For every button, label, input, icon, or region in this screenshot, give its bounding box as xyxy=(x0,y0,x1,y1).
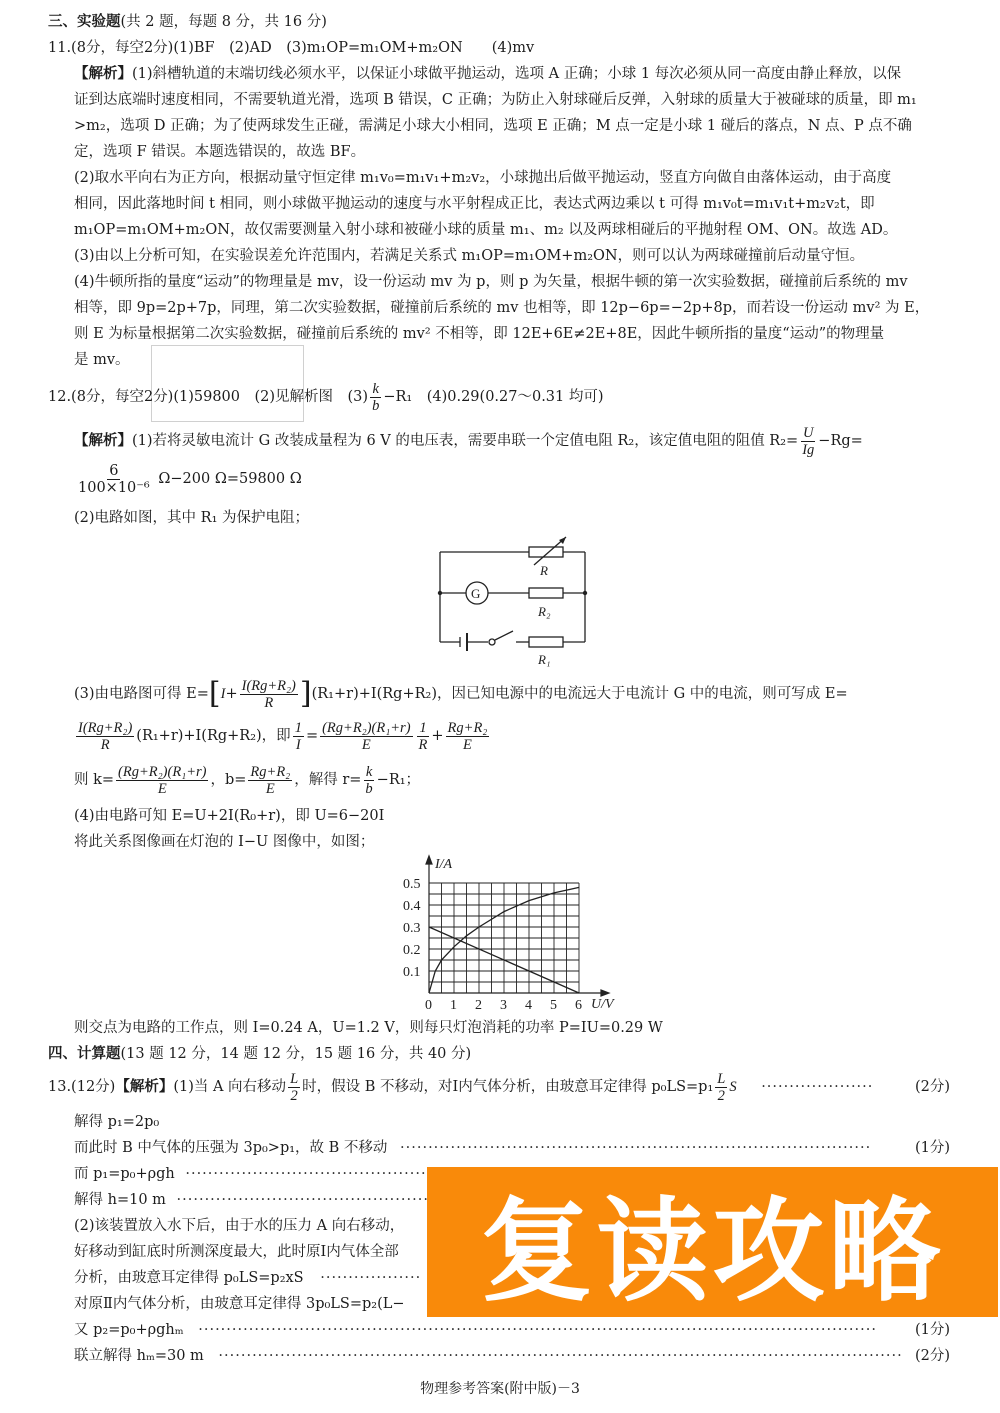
svg-text:2: 2 xyxy=(475,998,482,1012)
numerator: U xyxy=(801,425,815,442)
svg-text:1: 1 xyxy=(450,998,457,1012)
denominator: I xyxy=(294,737,303,753)
label-R1: R₁ xyxy=(537,652,550,667)
q12-a4-line-1: (4)由电路可知 E=U+2I(R₀+r)，即 U=6−20I xyxy=(74,806,384,826)
fraction: L2 xyxy=(715,1071,727,1104)
leader-dots: ········································… xyxy=(177,1190,437,1210)
numerator: L xyxy=(715,1071,727,1088)
denominator: R xyxy=(262,695,275,711)
fraction: kb xyxy=(363,764,374,797)
q11-analysis-line-2: 证到达底端时速度相同，不需要轨道光滑，选项 B 错误，C 正确；为防止入射球碰后… xyxy=(74,90,917,110)
score: (1分) xyxy=(915,1320,950,1340)
q11-p2-line-1: (2)取水平向右为正方向，根据动量守恒定律 m₁v₀=m₁v₁+m₂v₂，小球抛… xyxy=(74,168,891,188)
denominator: Ig xyxy=(800,442,816,458)
text: (1)当 A 向右移动 xyxy=(173,1079,286,1095)
circuit-diagram: G R R₂ R₁ xyxy=(430,535,600,670)
x-axis-label: U/V xyxy=(591,997,615,1012)
q12-header: 12.(8分，每空2分)(1)59800 (2)见解析图 (3)kb−R₁ (4… xyxy=(48,380,604,414)
leader-dots: ·································· xyxy=(761,1070,871,1104)
text: 解得 h=10 m xyxy=(74,1192,166,1208)
bracket-open: [ xyxy=(209,676,221,711)
q11-p4-line-2: 相等，即 9p=2p+7p，同理，第二次实验数据，碰撞前后系统的 mv 也相等，… xyxy=(74,298,929,318)
text: −R₁； xyxy=(377,772,420,788)
denominator: E xyxy=(360,737,373,753)
q11-p3: (3)由以上分析可知，在实验误差允许范围内，若满足关系式 m₁OP=m₁OM+m… xyxy=(74,246,864,266)
section-4-heading: 四、计算题(13 题 12 分，14 题 12 分，15 题 16 分，共 40… xyxy=(48,1044,471,1064)
svg-text:3: 3 xyxy=(500,998,507,1012)
leader-dots: ········································… xyxy=(185,1164,445,1184)
text: S xyxy=(729,1079,736,1095)
denominator: 2 xyxy=(716,1088,727,1104)
numerator: k xyxy=(370,381,380,398)
q12-a3-line-3: 则 k=(Rg+R₂)(R₁+r)E，b=Rg+R₂E，解得 r=kb−R₁； xyxy=(74,762,420,798)
denominator: b xyxy=(363,781,374,797)
q11-p4-line-4: 是 mv。 xyxy=(74,350,130,370)
numerator: k xyxy=(364,764,374,781)
denominator: E xyxy=(156,781,169,797)
numerator: I(Rg+R₂) xyxy=(240,678,298,695)
q12-a2: (2)电路如图，其中 R₁ 为保护电阻； xyxy=(74,508,309,528)
q12-a4-line-3: 则交点为电路的工作点，则 I=0.24 A，U=1.2 V，则每只灯泡消耗的功率… xyxy=(74,1018,663,1038)
numerator: I(Rg+R₂) xyxy=(76,720,134,737)
section-title: 四、计算题 xyxy=(48,1045,121,1062)
q13-line-2: 解得 p₁=2p₀ xyxy=(74,1112,159,1132)
svg-text:0.3: 0.3 xyxy=(403,921,421,936)
text: ，解得 r= xyxy=(294,772,361,788)
text: 则 k= xyxy=(74,772,114,788)
text: (1)若将灵敏电流计 G 改装成量程为 6 V 的电压表，需要串联一个定值电阻 … xyxy=(132,433,798,449)
fraction: Rg+R₂E xyxy=(446,720,490,753)
denominator: 100×10⁻⁶ xyxy=(76,480,152,496)
text: 又 p₂=p₀+ρghₘ xyxy=(74,1322,184,1338)
q11-analysis-line-3: >m₂，选项 D 正确；为了使两球发生正碰，需满足小球大小相同，选项 E 正确；… xyxy=(74,116,912,136)
text: 而此时 B 中气体的压强为 3p₀>p₁，故 B 不移动 xyxy=(74,1140,387,1156)
q11-p4-line-3: 则 E 为标量根据第二次实验数据，碰撞前后系统的 mv² 不相等，即 12E+6… xyxy=(74,324,884,344)
label-R2: R₂ xyxy=(537,604,551,619)
leader-dots: ········································… xyxy=(218,1346,903,1366)
fraction: (Rg+R₂)(R₁+r)E xyxy=(320,720,412,753)
numerator: 6 xyxy=(107,463,120,480)
text: ，b= xyxy=(210,772,246,788)
q12-a4-line-2: 将此关系图像画在灯泡的 I−U 图像中，如图； xyxy=(74,832,374,852)
leader-dots: ········································… xyxy=(198,1320,878,1340)
q13-line-8: 分析，由玻意耳定律得 p₀LS=p₂xS ···················… xyxy=(74,1268,420,1288)
denominator: E xyxy=(461,737,474,753)
watermark-text: 复读攻略 xyxy=(481,1162,945,1323)
q12-a1-line: 【解析】(1)若将灵敏电流计 G 改装成量程为 6 V 的电压表，需要串联一个定… xyxy=(74,424,863,458)
section-note: (共 2 题，每题 8 分，共 16 分) xyxy=(121,14,327,30)
numerator: Rg+R₂ xyxy=(248,764,292,781)
denominator: R xyxy=(99,737,112,753)
q13-line-11: 联立解得 hₘ=30 m ···························… xyxy=(74,1346,903,1366)
score: (2分) xyxy=(915,1077,950,1097)
numerator: Rg+R₂ xyxy=(446,720,490,737)
leader-dots: ········································… xyxy=(400,1138,870,1158)
denominator: 2 xyxy=(288,1088,299,1104)
section-3-heading: 三、实验题(共 2 题，每题 8 分，共 16 分) xyxy=(48,12,327,32)
svg-text:6: 6 xyxy=(575,998,582,1012)
denominator: b xyxy=(370,398,381,414)
text: 而 p₁=p₀+ρgh xyxy=(74,1166,175,1182)
q13-header: 13.(12分)【解析】(1)当 A 向右移动L2时，假设 B 不移动，对Ⅰ内气… xyxy=(48,1070,871,1104)
q13-line-9: 对原Ⅱ内气体分析，由玻意耳定律得 3p₀LS=p₂(L− xyxy=(74,1294,405,1314)
q13-line-7: 好移动到缸底时所测深度最大，此时原Ⅰ内气体全部 xyxy=(74,1242,399,1262)
text: Ω−200 Ω=59800 Ω xyxy=(154,471,302,487)
denominator: R xyxy=(417,737,430,753)
fraction: 1R xyxy=(417,720,430,753)
svg-text:5: 5 xyxy=(550,998,557,1012)
watermark-stamp: 复读攻略 xyxy=(427,1167,998,1317)
fraction: (Rg+R₂)(R₁+r)E xyxy=(116,764,208,797)
fraction: L2 xyxy=(288,1071,300,1104)
variable-resistor-R xyxy=(529,547,563,557)
q11-header: 11.(8分，每空2分)(1)BF (2)AD (3)m₁OP=m₁OM+m₂O… xyxy=(48,38,534,58)
svg-text:4: 4 xyxy=(525,998,532,1012)
q12-a1b-line: 6100×10⁻⁶ Ω−200 Ω=59800 Ω xyxy=(74,462,302,496)
q13-line-6: (2)该装置放入水下后，由于水的压力 A 向右移动， xyxy=(74,1216,404,1236)
text: (R₁+r)+I(Rg+R₂)，即 xyxy=(136,728,290,744)
q11-analysis-line-4: 定，选项 F 错误。本题选错误的，故选 BF。 xyxy=(74,142,365,162)
q11-analysis-line-1: 【解析】(1)斜槽轨道的末端切线必须水平，以保证小球做平抛运动，选项 A 正确；… xyxy=(74,64,901,84)
analysis-tag: 【解析】 xyxy=(115,1078,173,1095)
fraction: Rg+R₂E xyxy=(248,764,292,797)
text: 时，假设 B 不移动，对Ⅰ内气体分析，由玻意耳定律得 p₀LS=p₁ xyxy=(302,1079,713,1095)
label-R: R xyxy=(539,563,548,578)
y-axis-label: I/A xyxy=(434,857,453,872)
label-G: G xyxy=(471,586,480,601)
q12-a3-line-1: (3)由电路图可得 E=[I+I(Rg+R₂)R](R₁+r)+I(Rg+R₂)… xyxy=(74,676,848,712)
resistor-R2 xyxy=(529,588,563,598)
bracket-close: ] xyxy=(300,676,312,711)
analysis-tag: 【解析】 xyxy=(74,432,132,449)
fraction: I(Rg+R₂)R xyxy=(240,678,298,711)
numerator: 1 xyxy=(417,720,428,737)
text: −Rg= xyxy=(818,433,863,449)
leader-dots: ······························ xyxy=(320,1268,420,1288)
section-note: (13 题 12 分，14 题 12 分，15 题 16 分，共 40 分) xyxy=(121,1046,472,1062)
fraction: 1I xyxy=(293,720,304,753)
svg-text:0.4: 0.4 xyxy=(403,899,421,914)
text: 12.(8分，每空2分)(1)59800 (2)见解析图 (3) xyxy=(48,389,368,405)
q13-line-4: 而 p₁=p₀+ρgh ····························… xyxy=(74,1164,445,1184)
text: 联立解得 hₘ=30 m xyxy=(74,1348,204,1364)
q12-a3-line-2: I(Rg+R₂)R(R₁+r)+I(Rg+R₂)，即1I=(Rg+R₂)(R₁+… xyxy=(74,718,491,754)
q11-p4-line-1: (4)牛顿所指的量度“运动”的物理量是 mv，设一份运动 mv 为 p，则 p … xyxy=(74,272,908,292)
q13-line-10: 又 p₂=p₀+ρghₘ ···························… xyxy=(74,1320,878,1340)
text: (3)由电路图可得 E= xyxy=(74,686,209,702)
score: (1分) xyxy=(915,1138,950,1158)
analysis-tag: 【解析】 xyxy=(74,65,132,82)
numerator: 1 xyxy=(293,720,304,737)
text: 13.(12分) xyxy=(48,1079,115,1095)
q13-line-3: 而此时 B 中气体的压强为 3p₀>p₁，故 B 不移动 ···········… xyxy=(74,1138,870,1158)
fraction: UIg xyxy=(800,425,816,458)
text: −R₁ (4)0.29(0.27～0.31 均可) xyxy=(383,389,603,405)
text: (R₁+r)+I(Rg+R₂)，因已知电源中的电流远大于电流计 G 中的电流，则… xyxy=(312,686,848,702)
numerator: (Rg+R₂)(R₁+r) xyxy=(116,764,208,781)
text: (1)斜槽轨道的末端切线必须水平，以保证小球做平抛运动，选项 A 正确；小球 1… xyxy=(132,66,901,82)
fraction: I(Rg+R₂)R xyxy=(76,720,134,753)
fraction: 6100×10⁻⁶ xyxy=(76,463,152,496)
q11-p2-line-3: m₁OP=m₁OM+m₂ON，故仅需要测量入射小球和被碰小球的质量 m₁、m₂ … xyxy=(74,220,897,240)
iu-chart: 01234560.10.20.30.40.5 I/A U/V xyxy=(395,852,635,1012)
denominator: E xyxy=(264,781,277,797)
section-title: 三、实验题 xyxy=(48,13,121,30)
svg-text:0.2: 0.2 xyxy=(403,943,421,958)
text: 分析，由玻意耳定律得 p₀LS=p₂xS xyxy=(74,1270,304,1286)
resistor-R1 xyxy=(529,637,563,647)
q13-line-5: 解得 h=10 m ······························… xyxy=(74,1190,437,1210)
numerator: L xyxy=(288,1071,300,1088)
score: (2分) xyxy=(915,1346,950,1366)
q11-p2-line-2: 相同，因此落地时间 t 相同，则小球做平抛运动的速度与水平射程成正比，表达式两边… xyxy=(74,194,875,214)
numerator: (Rg+R₂)(R₁+r) xyxy=(320,720,412,737)
page-footer: 物理参考答案(附中版)－3 xyxy=(0,1378,1000,1398)
fraction: kb xyxy=(370,381,381,414)
svg-text:0.1: 0.1 xyxy=(403,965,421,980)
svg-text:0.5: 0.5 xyxy=(403,877,421,892)
svg-text:0: 0 xyxy=(425,998,432,1012)
